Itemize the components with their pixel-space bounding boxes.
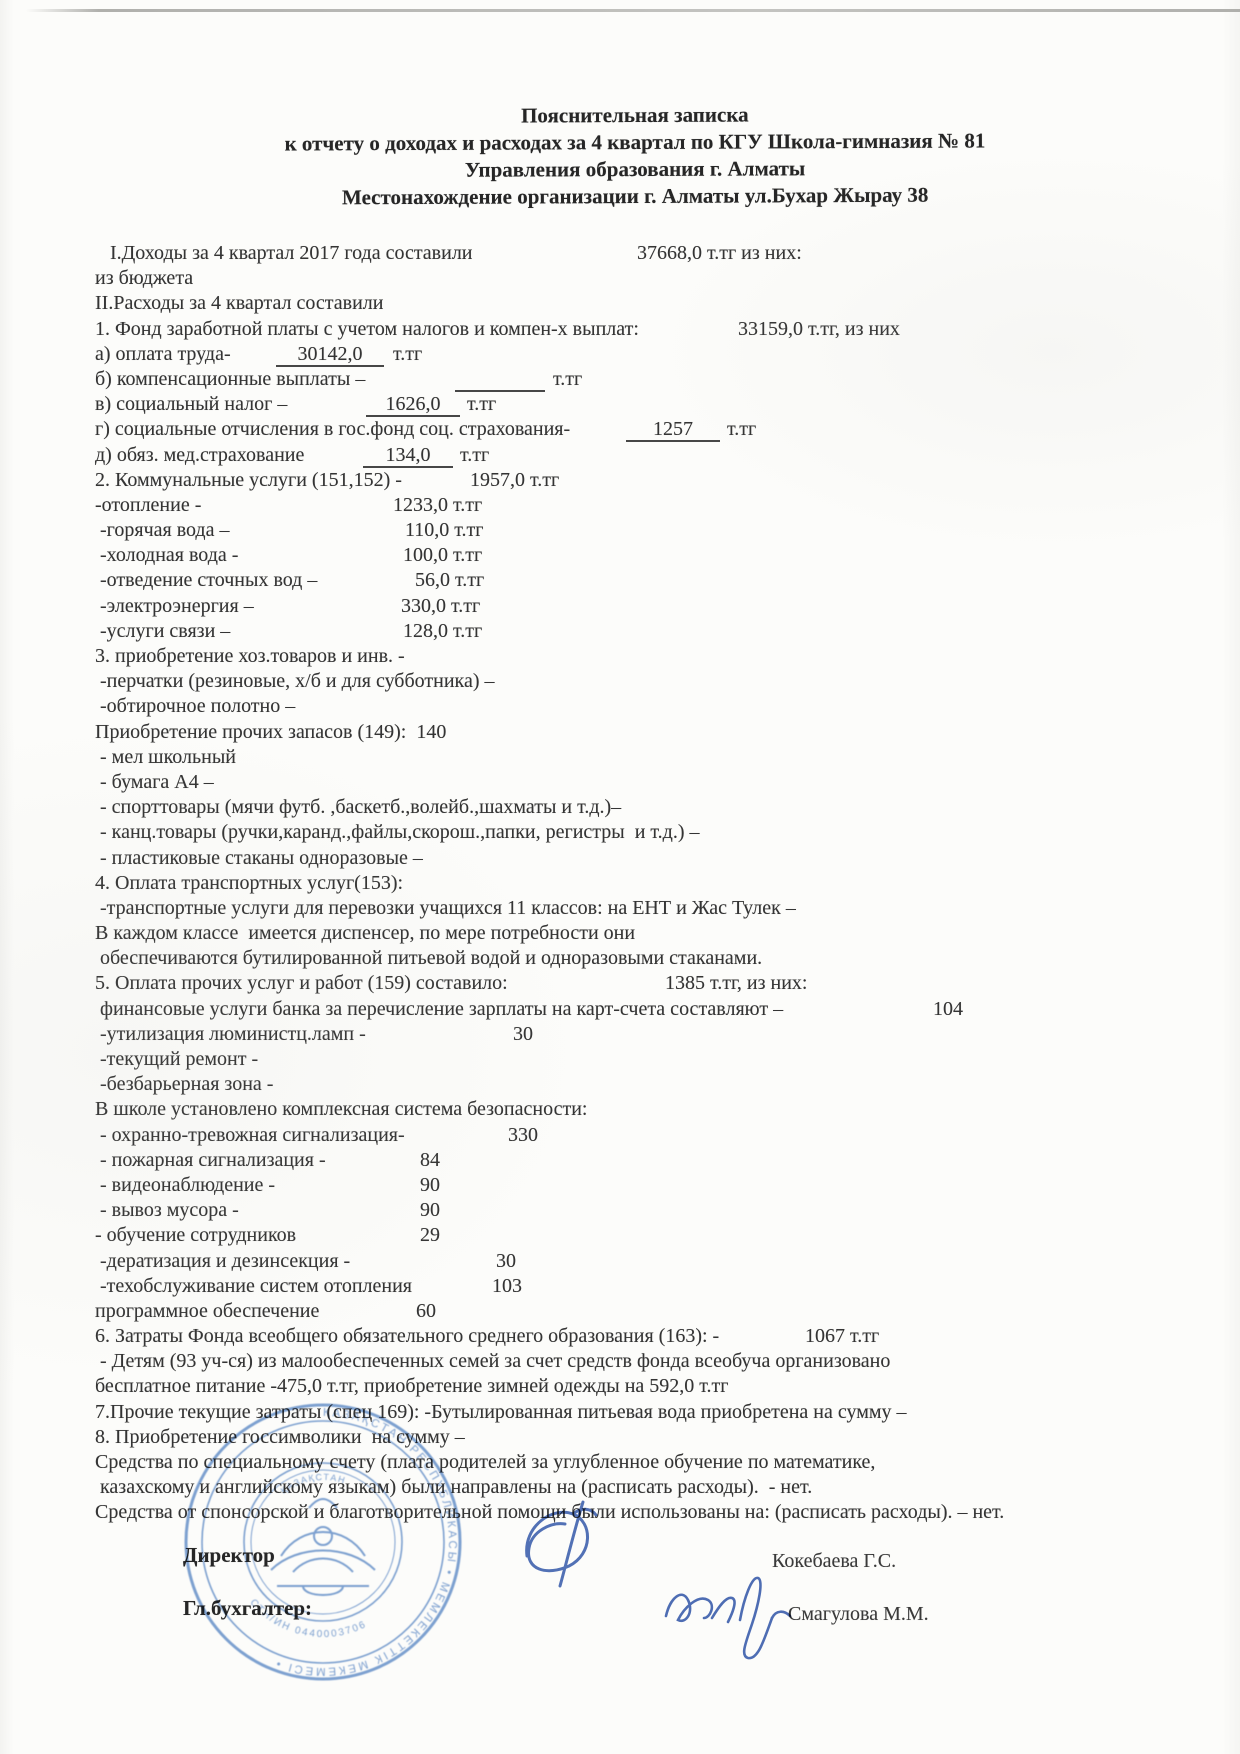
doc-line-text: г) социальные отчисления в гос.фонд соц.…	[95, 418, 570, 440]
doc-line: д) обяз. мед.страхование134,0 т.тг	[95, 443, 1215, 468]
doc-line: В школе установлено комплексная система …	[95, 1097, 1215, 1122]
doc-line-value: т.тг	[455, 443, 489, 468]
doc-line-text: Приобретение прочих запасов (149): 140	[95, 721, 446, 743]
doc-line: - спорттовары (мячи футб. ,баскетб.,воле…	[95, 795, 1215, 820]
doc-line-text: 3. приобретение хоз.товаров и инв. -	[95, 645, 405, 667]
director-signature-icon	[505, 1498, 605, 1590]
doc-line: обеспечиваются бутилированной питьевой в…	[95, 946, 1215, 971]
doc-line-value: 110,0 т.тг	[405, 518, 483, 543]
scanned-document-page: Пояснительная записка к отчету о доходах…	[0, 0, 1240, 1754]
doc-line-text: В каждом классе имеется диспенсер, по ме…	[95, 922, 635, 944]
doc-line-value: 1233,0 т.тг	[393, 493, 482, 518]
doc-line-text: финансовые услуги банка за перечисление …	[95, 998, 783, 1020]
doc-line-text: -холодная вода -	[95, 544, 238, 566]
doc-line-text: -электроэнергия –	[95, 595, 254, 617]
doc-line-text: - пожарная сигнализация -	[95, 1149, 326, 1171]
doc-line-text: в) социальный налог –	[95, 393, 287, 415]
doc-line: I.Доходы за 4 квартал 2017 года составил…	[95, 241, 1215, 266]
doc-line: из бюджета	[95, 266, 1215, 291]
doc-line-value: 1067 т.тг	[805, 1324, 879, 1349]
doc-line: -дератизация и дезинсекция -30	[95, 1249, 1215, 1274]
doc-line: - бумага А4 –	[95, 770, 1215, 795]
doc-line-value: 1385 т.тг, из них:	[665, 971, 808, 996]
doc-line-text: - канц.товары (ручки,каранд.,файлы,скоро…	[95, 821, 699, 843]
doc-line-text: а) оплата труда-	[95, 343, 231, 365]
doc-line-text: - Детям (93 уч-ся) из малообеспеченных с…	[95, 1350, 890, 1372]
doc-line-text: 5. Оплата прочих услуг и работ (159) сос…	[95, 972, 508, 994]
doc-line: -безбарьерная зона -	[95, 1072, 1215, 1097]
doc-line: - мел школьный	[95, 745, 1215, 770]
doc-line-value: 84	[420, 1148, 440, 1173]
doc-line-value: 30	[513, 1022, 533, 1047]
doc-line-text: 2. Коммунальные услуги (151,152) -	[95, 469, 402, 491]
doc-line: 1. Фонд заработной платы с учетом налого…	[95, 317, 1215, 342]
doc-line: -утилизация люминистц.ламп -30	[95, 1022, 1215, 1047]
doc-line-text: 6. Затраты Фонда всеобщего обязательного…	[95, 1325, 719, 1347]
accountant-signature-icon	[660, 1568, 810, 1663]
doc-line-text: - вывоз мусора -	[95, 1199, 239, 1221]
doc-line-value: 103	[492, 1274, 522, 1299]
doc-line: II.Расходы за 4 квартал составили	[95, 291, 1215, 316]
doc-line-value: т.тг	[388, 342, 422, 367]
doc-line: - охранно-тревожная сигнализация-330	[95, 1123, 1215, 1148]
doc-line: -электроэнергия –330,0 т.тг	[95, 594, 1215, 619]
doc-line: 2. Коммунальные услуги (151,152) -1957,0…	[95, 468, 1215, 493]
doc-line-value-underlined: 30142,0	[276, 342, 384, 367]
doc-line: программное обеспечение60	[95, 1299, 1215, 1324]
doc-line-text: -текущий ремонт -	[95, 1048, 258, 1070]
doc-line-text: - бумага А4 –	[95, 771, 214, 793]
doc-line: -услуги связи –128,0 т.тг	[95, 619, 1215, 644]
doc-subtitle-address: Местонахождение организации г. Алматы ул…	[120, 181, 1150, 212]
official-round-stamp: ҚАЗАҚСТАН РЕСПУБЛИКАСЫ • МЕМЛЕКЕТТІК МЕК…	[183, 1402, 463, 1682]
doc-line: -перчатки (резиновые, х/б и для субботни…	[95, 669, 1215, 694]
doc-line-value: 56,0 т.тг	[415, 568, 484, 593]
doc-line-text: -транспортные услуги для перевозки учащи…	[95, 897, 796, 919]
doc-line-text: В школе установлено комплексная система …	[95, 1098, 587, 1120]
doc-line-value: 30	[496, 1249, 516, 1274]
doc-line: Приобретение прочих запасов (149): 140	[95, 720, 1215, 745]
doc-line: - канц.товары (ручки,каранд.,файлы,скоро…	[95, 820, 1215, 845]
doc-line-value-underlined: 1626,0	[366, 392, 460, 417]
svg-text:СТН/ИН 0440003706: СТН/ИН 0440003706	[247, 1597, 368, 1640]
doc-line-text: -обтирочное полотно –	[95, 695, 295, 717]
doc-line-value: т.тг	[548, 367, 582, 392]
doc-line-value: 1957,0 т.тг	[470, 468, 559, 493]
doc-line-text: -безбарьерная зона -	[95, 1073, 273, 1095]
doc-line-text: обеспечиваются бутилированной питьевой в…	[95, 947, 762, 969]
doc-line-value: 128,0 т.тг	[403, 619, 482, 644]
doc-line-text: -перчатки (резиновые, х/б и для субботни…	[95, 670, 495, 692]
doc-line: - обучение сотрудников29	[95, 1223, 1215, 1248]
doc-line-text: б) компенсационные выплаты –	[95, 368, 365, 390]
doc-line-value: 330,0 т.тг	[401, 594, 480, 619]
stamp-inner-text: СТН/ИН 0440003706	[247, 1597, 368, 1640]
doc-line-value-underlined: 134,0	[363, 443, 453, 468]
doc-line-text: -услуги связи –	[95, 620, 230, 642]
doc-line-value: 60	[416, 1299, 436, 1324]
doc-line: -транспортные услуги для перевозки учащи…	[95, 896, 1215, 921]
document-header: Пояснительная записка к отчету о доходах…	[120, 100, 1150, 212]
doc-line-text: - пластиковые стаканы одноразовые –	[95, 847, 423, 869]
doc-line-value: 90	[420, 1173, 440, 1198]
doc-line-value: 100,0 т.тг	[403, 543, 482, 568]
svg-text:ҚАЗАҚСТАН: ҚАЗАҚСТАН	[279, 1472, 348, 1496]
doc-line-text: программное обеспечение	[95, 1300, 319, 1322]
doc-line-value: 90	[420, 1198, 440, 1223]
doc-line: -обтирочное полотно –	[95, 694, 1215, 719]
doc-line-text: -горячая вода –	[95, 519, 229, 541]
doc-line-text: -утилизация люминистц.ламп -	[95, 1023, 366, 1045]
doc-line-value: 37668,0 т.тг из них:	[637, 241, 802, 266]
doc-line: - пожарная сигнализация -84	[95, 1148, 1215, 1173]
doc-line: 5. Оплата прочих услуг и работ (159) сос…	[95, 971, 1215, 996]
doc-line-value: 104	[933, 997, 963, 1022]
doc-line-text: - видеонаблюдение -	[95, 1174, 275, 1196]
doc-line: а) оплата труда-30142,0 т.тг	[95, 342, 1215, 367]
doc-line: 3. приобретение хоз.товаров и инв. -	[95, 644, 1215, 669]
doc-line: в) социальный налог –1626,0 т.тг	[95, 392, 1215, 417]
doc-line: -отопление -1233,0 т.тг	[95, 493, 1215, 518]
doc-line-value: т.тг	[462, 392, 496, 417]
doc-line: г) социальные отчисления в гос.фонд соц.…	[95, 417, 1215, 442]
doc-line-text: из бюджета	[95, 267, 193, 289]
scan-edge-artifact	[26, 9, 1240, 12]
doc-line: - пластиковые стаканы одноразовые –	[95, 846, 1215, 871]
doc-line-text: 1. Фонд заработной платы с учетом налого…	[95, 318, 639, 340]
doc-line-text: -дератизация и дезинсекция -	[95, 1250, 350, 1272]
doc-line-value-underlined: 1257	[626, 417, 720, 442]
doc-line: б) компенсационные выплаты – т.тг	[95, 367, 1215, 392]
doc-line-text: 4. Оплата транспортных услуг(153):	[95, 872, 403, 894]
doc-line: -горячая вода –110,0 т.тг	[95, 518, 1215, 543]
doc-line-text: - спорттовары (мячи футб. ,баскетб.,воле…	[95, 796, 621, 818]
doc-line-text: бесплатное питание -475,0 т.тг, приобрет…	[95, 1375, 728, 1397]
doc-line: 6. Затраты Фонда всеобщего обязательного…	[95, 1324, 1215, 1349]
doc-line: -отведение сточных вод –56,0 т.тг	[95, 568, 1215, 593]
doc-line: В каждом классе имеется диспенсер, по ме…	[95, 921, 1215, 946]
doc-line-text: -отопление -	[95, 494, 201, 516]
doc-line: - Детям (93 уч-ся) из малообеспеченных с…	[95, 1349, 1215, 1374]
doc-line: -текущий ремонт -	[95, 1047, 1215, 1072]
stamp-center-text: ҚАЗАҚСТАН	[279, 1472, 348, 1496]
doc-line: - видеонаблюдение -90	[95, 1173, 1215, 1198]
doc-line-value: 33159,0 т.тг, из них	[738, 317, 900, 342]
doc-line: -техобслуживание систем отопления103	[95, 1274, 1215, 1299]
doc-line-text: - обучение сотрудников	[95, 1224, 296, 1246]
doc-line: -холодная вода -100,0 т.тг	[95, 543, 1215, 568]
doc-line-text: -отведение сточных вод –	[95, 569, 317, 591]
doc-line-text: -техобслуживание систем отопления	[95, 1275, 412, 1297]
doc-line-text: I.Доходы за 4 квартал 2017 года составил…	[95, 242, 473, 264]
doc-line-text: д) обяз. мед.страхование	[95, 444, 304, 466]
doc-line-value: 29	[420, 1223, 440, 1248]
doc-line-value: т.тг	[722, 417, 756, 442]
doc-line: 4. Оплата транспортных услуг(153):	[95, 871, 1215, 896]
doc-line-text: - охранно-тревожная сигнализация-	[95, 1124, 405, 1146]
doc-line: бесплатное питание -475,0 т.тг, приобрет…	[95, 1374, 1215, 1399]
doc-line-text: II.Расходы за 4 квартал составили	[95, 292, 383, 314]
doc-line-value: 330	[508, 1123, 538, 1148]
doc-line-value-underlined	[455, 367, 545, 392]
document-body: I.Доходы за 4 квартал 2017 года составил…	[95, 241, 1215, 1526]
doc-line: - вывоз мусора -90	[95, 1198, 1215, 1223]
doc-line: финансовые услуги банка за перечисление …	[95, 997, 1215, 1022]
doc-line-text: - мел школьный	[95, 746, 236, 768]
